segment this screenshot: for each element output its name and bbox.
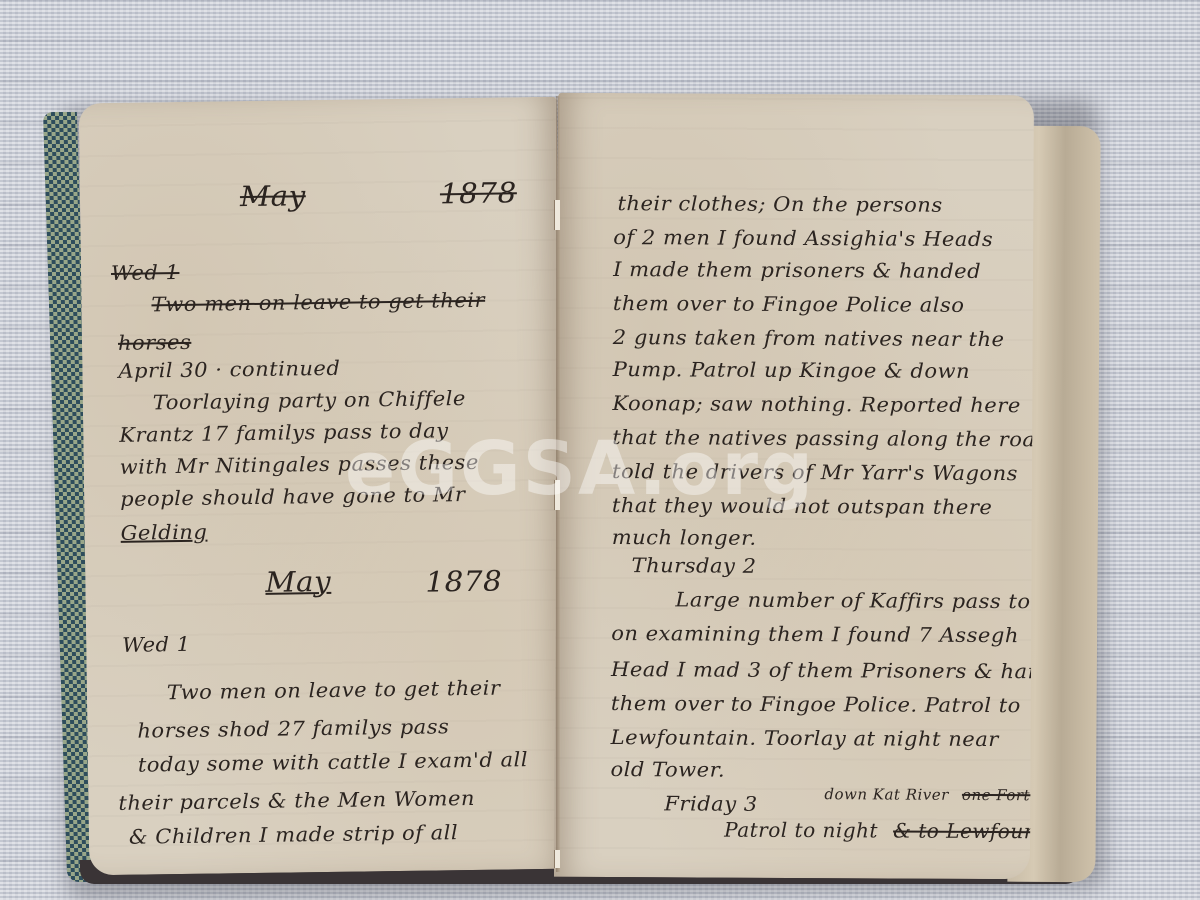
- entry-line: I made them prisoners & handed: [613, 259, 981, 281]
- entry-line: 2 guns taken from natives near the: [613, 327, 1005, 349]
- entry-line: Toorlaying party on Chiffele: [153, 388, 466, 412]
- entry-line: of 2 men I found Assighia's Heads: [613, 227, 993, 249]
- entry-line: their clothes; On the persons: [617, 193, 942, 215]
- struck-tail: & to Lewfountain: [893, 819, 1034, 844]
- friday-entry-line: Patrol to night & to Lewfountain: [724, 820, 1034, 843]
- entry-line: horses shod 27 familys pass: [137, 716, 449, 740]
- binding-stitch: [554, 850, 560, 868]
- entry-line: Koonap; saw nothing. Reported here: [612, 393, 1020, 415]
- entry-line: Lewfountain. Toorlay at night near: [611, 727, 999, 749]
- entry-line: Large number of Kaffirs pass to day: [675, 589, 1034, 611]
- struck-insertion: one Fort Brown: [962, 786, 1034, 805]
- entry-line: their parcels & the Men Women: [118, 788, 475, 813]
- entry-line: Head I mad 3 of them Prisoners & handed: [611, 659, 1034, 681]
- entry-line: Two men on leave to get their: [167, 678, 501, 703]
- entry-line: them over to Fingoe Police. Patrol to: [611, 693, 1021, 715]
- struck-line: horses: [118, 332, 192, 353]
- struck-line: Wed 1: [111, 262, 180, 283]
- entry-line: old Tower.: [610, 759, 725, 780]
- struck-heading-month: May: [240, 182, 306, 211]
- insertion-above-line: down Kat River one Fort Brown: [824, 784, 1034, 804]
- entry-line: Patrol to night: [724, 818, 878, 843]
- entry-line: much longer.: [612, 527, 757, 548]
- entry-line: Pump. Patrol up Kingoe & down: [613, 359, 971, 381]
- entry-line: them over to Fingoe Police also: [613, 293, 965, 315]
- struck-line: Two men on leave to get their: [151, 290, 485, 315]
- entry-line: on examining them I found 7 Assegh: [611, 623, 1019, 645]
- entry-line: & Children I made strip of all: [129, 822, 459, 847]
- entry-date: April 30 · continued: [118, 358, 340, 381]
- struck-heading-year: 1878: [440, 179, 517, 208]
- binding-stitch: [554, 200, 560, 230]
- entry-date: Friday 3: [664, 793, 758, 813]
- watermark: eGGSA.org: [345, 426, 815, 512]
- insertion-text: down Kat River: [824, 785, 949, 804]
- entry-line: today some with cattle I exam'd all: [138, 749, 528, 774]
- entry-line: Gelding: [120, 522, 207, 543]
- entry-date: Wed 1: [122, 634, 191, 655]
- entry-date: Thursday 2: [632, 555, 757, 576]
- heading-month: May: [265, 568, 331, 597]
- heading-year: 1878: [425, 568, 502, 597]
